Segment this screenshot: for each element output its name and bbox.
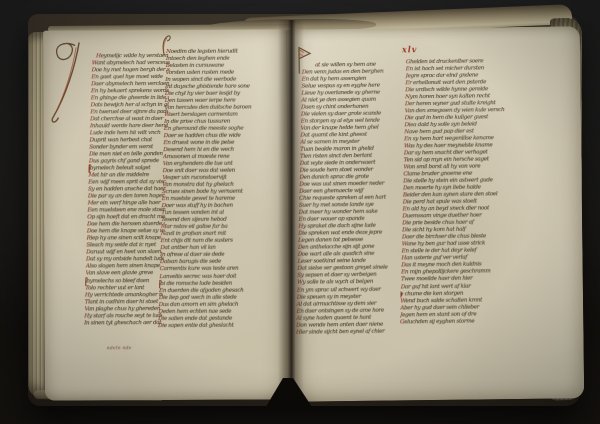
right-page-column-2: Ghelden ist druckenlber soereEn ist hoch… <box>400 58 548 332</box>
manuscript-line: Van slave een glavie greve <box>85 271 163 278</box>
open-book: Heymelijc wilde hy verstaenWant abymelec… <box>28 14 580 406</box>
manuscript-line: Hy verrichtede amankogher nech <box>85 292 163 299</box>
manuscript-line: Hy starf als rouche seyt te lude <box>84 313 162 320</box>
left-page-column-2: Noedim die legsten hieruditIntoech den l… <box>158 48 292 335</box>
folio-number: xlv <box>402 44 418 54</box>
manuscript-photo: Heymelijc wilde hy verstaenWant abymelec… <box>0 0 600 424</box>
manuscript-line: Die sapen entie dat gheslacht <box>158 322 284 330</box>
rubric-dropcap: H <box>84 166 87 173</box>
manuscript-line: Geluchden sij eyghen storme <box>400 317 542 326</box>
right-page: xlv at sie willen sy hem aneDen venn jud… <box>286 26 585 402</box>
left-page-column-1: Heymelijc wilde hy verstaenWant abymelec… <box>84 53 170 331</box>
manuscript-line: In sinen tyt gheschach aer dat <box>84 320 162 327</box>
marginal-note: ndeln nde <box>107 346 132 351</box>
manuscript-line: Van plaghe chus hy ghereden <box>84 306 162 313</box>
right-page-column-1: at sie willen sy hem aneDen venn judas e… <box>296 61 414 340</box>
flourished-initial-icon <box>45 38 87 126</box>
manuscript-line: Tlant in cadhim daer hi stoet <box>85 299 163 306</box>
left-page: Heymelijc wilde hy verstaenWant abymelec… <box>43 29 291 400</box>
manuscript-line: Hier sinde sijcht ben eynel af chier <box>296 328 408 336</box>
